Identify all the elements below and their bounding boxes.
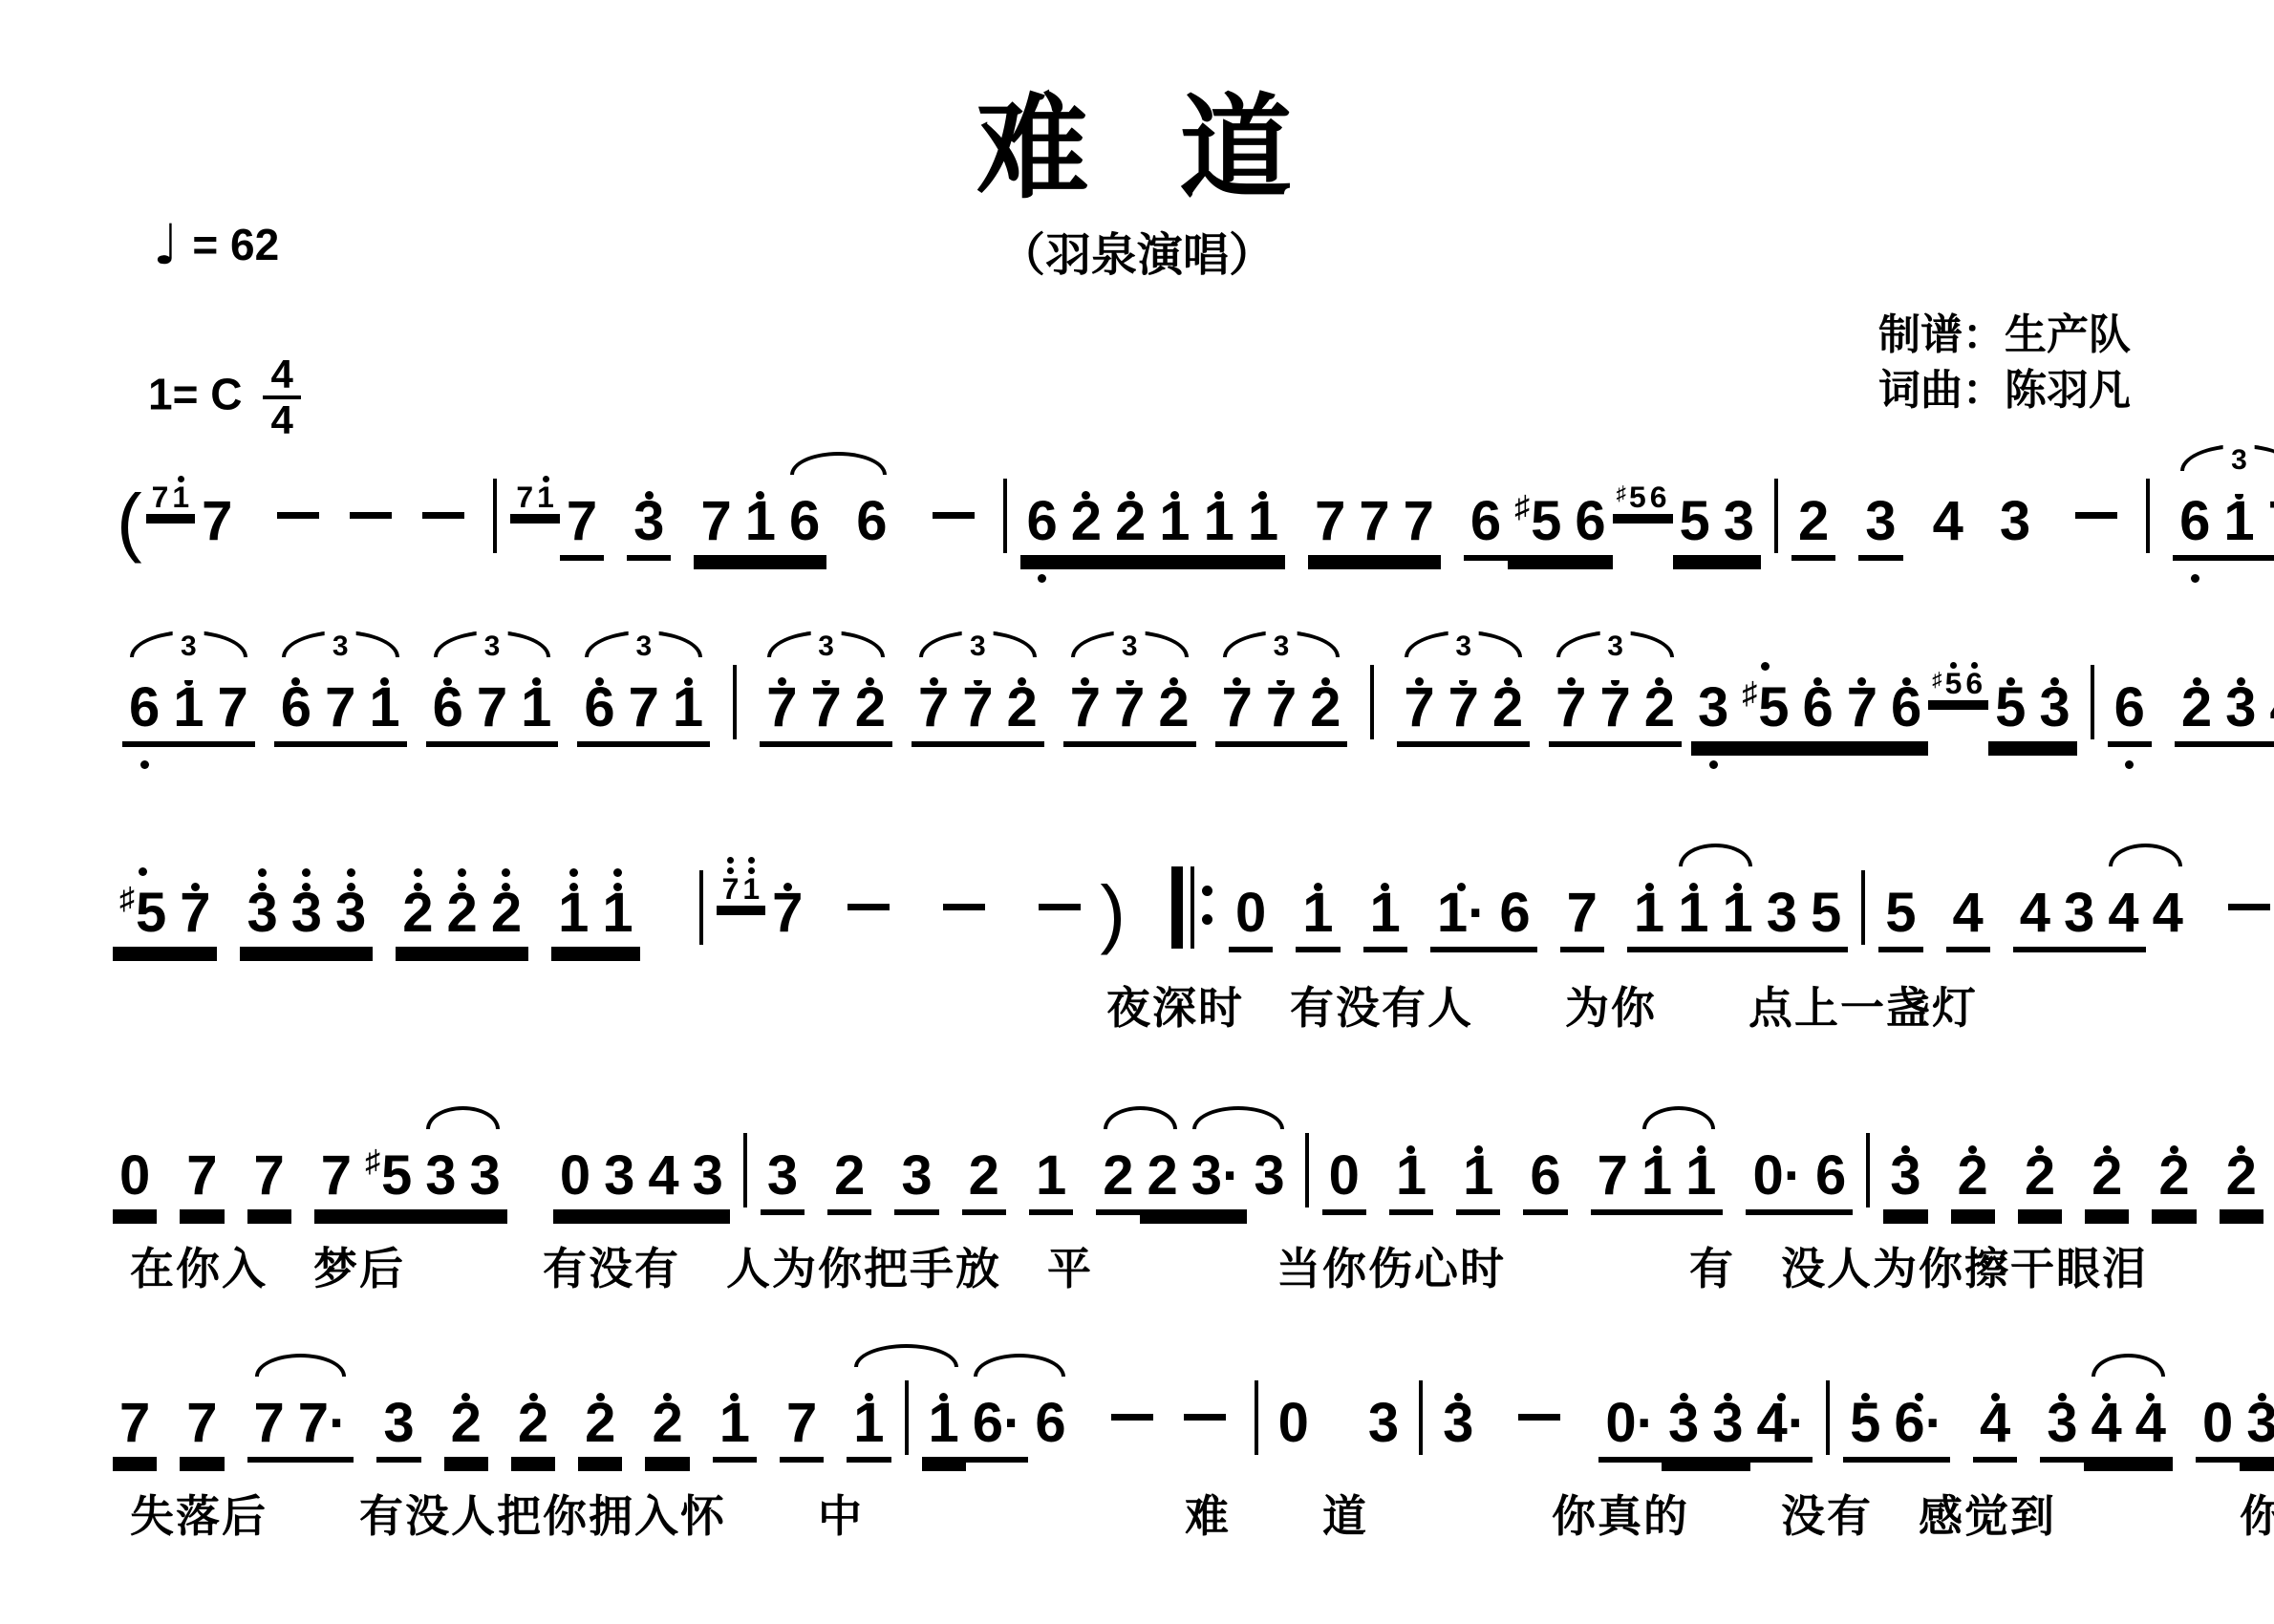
grace-note: 6 — [1963, 667, 1984, 700]
octave-dot — [302, 883, 311, 891]
notes-row: 3617367136713671377237723772377237723772… — [113, 659, 2236, 741]
rest-note: 0 — [553, 1143, 597, 1209]
grace-note: 7 — [720, 872, 741, 906]
octave-dots — [1887, 1393, 1950, 1401]
note-digit: 0 — [1235, 882, 1266, 944]
note: 7 — [1593, 674, 1637, 741]
octave-dot — [302, 868, 311, 877]
grace-notes: 71 — [717, 872, 766, 906]
note: 1· — [1430, 880, 1493, 947]
tuplet-number: 3 — [173, 613, 204, 680]
duration-dash — [943, 904, 985, 910]
repeat-thin-bar — [1191, 866, 1194, 949]
note: 3 — [2240, 1390, 2274, 1457]
octave-dots — [1627, 883, 1671, 891]
octave-dots — [1635, 1145, 1679, 1154]
octave-dots — [551, 868, 595, 891]
octave-dot — [569, 883, 578, 891]
note-digit: 2 — [834, 1144, 865, 1207]
repeat-dot — [1202, 886, 1212, 896]
note: 1 — [713, 1390, 757, 1457]
octave-dots — [1296, 883, 1340, 891]
octave-dots — [2240, 1393, 2274, 1401]
note: 2 — [1140, 1143, 1184, 1209]
tuplet-group: 3671 — [577, 674, 710, 741]
note: 2 — [1486, 674, 1530, 741]
grace-note: 1 — [170, 481, 191, 514]
octave-dot — [140, 760, 149, 769]
octave-dots — [1197, 491, 1241, 500]
note-digit: 7 — [202, 490, 232, 552]
note: 2 — [962, 1143, 1006, 1209]
tuplet-group: 3772 — [1549, 674, 1682, 741]
octave-dots — [173, 883, 217, 891]
note-digit: 6 — [1530, 1144, 1560, 1207]
note: 3 — [463, 1143, 507, 1209]
octave-dots — [1705, 1393, 1749, 1401]
note: 7 — [1549, 674, 1593, 741]
barline — [699, 870, 703, 945]
tuplet-group: 3772 — [760, 674, 892, 741]
note-digit: 3· — [1191, 1144, 1241, 1207]
note-digit: 7 — [629, 676, 659, 738]
octave-dots — [1973, 1393, 2017, 1401]
octave-dot — [2125, 760, 2134, 769]
note: 2 — [1108, 488, 1152, 555]
sharp-sign: ♯ — [1932, 669, 1941, 691]
octave-dot — [1724, 1393, 1732, 1401]
octave-dot — [502, 868, 510, 877]
octave-dots — [1397, 677, 1441, 686]
note-digit: 4 — [2153, 882, 2183, 944]
note: 3 — [285, 880, 329, 947]
octave-dots — [274, 677, 318, 686]
octave-dots — [511, 1393, 555, 1401]
octave-dot — [1777, 1393, 1786, 1401]
notes-row: (717717371666221117776♯56♯56532343361736… — [113, 473, 2236, 555]
octave-dot — [2006, 677, 2015, 686]
duration-dash — [1518, 1414, 1560, 1421]
barline — [2091, 665, 2094, 739]
note: 2 — [396, 880, 440, 947]
octave-dot — [458, 868, 466, 877]
note: 7 — [1442, 674, 1486, 741]
octave-dots — [1430, 883, 1493, 891]
octave-dot — [1214, 491, 1223, 500]
note-digit: 6 — [1815, 1144, 1846, 1207]
octave-dot — [2103, 1145, 2112, 1154]
note-digit: 6· — [973, 1392, 1022, 1454]
music-system-3: ♯5733322211717)0111·6711135544344夜深时 有没有… — [113, 865, 2236, 1036]
octave-dots — [362, 677, 406, 686]
note: 7 — [247, 1143, 291, 1209]
octave-dot — [930, 677, 938, 686]
note-digit: 6 — [1027, 490, 1058, 552]
note: 4 — [2084, 1390, 2128, 1457]
note: 7 — [1308, 488, 1352, 555]
note: 2 — [2175, 674, 2219, 741]
note: 6 — [1020, 488, 1064, 555]
note: 4 — [1926, 488, 1970, 555]
octave-dots — [2108, 760, 2152, 769]
octave-dot — [529, 1393, 538, 1401]
octave-dot — [748, 867, 755, 874]
barline — [1774, 479, 1778, 553]
duration-dash — [1111, 1414, 1153, 1421]
note: 6 — [1884, 674, 1928, 741]
note: 6 — [426, 674, 470, 741]
note: 2 — [484, 880, 528, 947]
octave-dots — [484, 868, 528, 891]
note-digit: 0 — [560, 1144, 590, 1207]
note: 6 — [1809, 1143, 1853, 1209]
slur-arc — [1642, 1106, 1716, 1129]
note-digit: 7 — [786, 1392, 817, 1454]
note-digit: 6 — [856, 490, 887, 552]
note: 2 — [2018, 1143, 2062, 1209]
tuplet-number: 3 — [628, 613, 659, 680]
note: 6 — [1464, 488, 1508, 555]
note: 1 — [166, 674, 210, 741]
note-digit: 6 — [2114, 676, 2145, 738]
octave-dot — [1457, 883, 1466, 891]
octave-dot — [783, 883, 792, 891]
note: 6 — [1028, 1390, 1072, 1457]
octave-dots — [912, 677, 955, 686]
rest-note: 0 — [1229, 880, 1273, 947]
octave-dot — [2237, 677, 2245, 686]
note: 5 — [1843, 1390, 1887, 1457]
octave-dot — [414, 883, 422, 891]
note-digit: 5 — [1758, 676, 1789, 738]
note-digit: 2 — [1103, 1144, 1133, 1207]
note-digit: 3 — [2000, 490, 2030, 552]
octave-dot — [1689, 883, 1698, 891]
slur-group: 11 — [1671, 880, 1760, 947]
note: 3 — [2040, 1390, 2084, 1457]
barline — [1003, 479, 1007, 553]
note: 7 — [760, 674, 804, 741]
note: 1 — [2217, 488, 2261, 555]
octave-dots — [1363, 883, 1407, 891]
octave-dots — [2175, 677, 2219, 686]
note: 6 — [1568, 488, 1612, 555]
octave-dots — [2219, 677, 2263, 686]
note: 3 — [1662, 1390, 1705, 1457]
octave-dots — [2152, 1145, 2196, 1154]
octave-dots — [1486, 677, 1530, 686]
tuplet-number: 3 — [325, 613, 356, 680]
octave-dots — [2173, 574, 2217, 583]
note-digit: 6 — [789, 490, 820, 552]
octave-dot — [2102, 1393, 2111, 1401]
tuplet-number: 3 — [477, 613, 508, 680]
octave-dot — [1567, 677, 1576, 686]
notes-row: 0777♯533034332321223·301167110·632222212… — [113, 1127, 2236, 1209]
note-digit: 7 — [119, 1392, 150, 1454]
note-digit: 7 — [218, 676, 248, 738]
lyrics-line: 失落后 有没人把你拥入怀 中 难 道 你真的 没有 感觉到 你对 — [113, 1482, 2236, 1545]
octave-dots — [514, 677, 558, 686]
rest-note: 0· — [1598, 1390, 1662, 1457]
octave-dot — [1950, 662, 1957, 669]
note-digit: 3 — [604, 1144, 634, 1207]
note: 2 — [511, 1390, 555, 1457]
note: 7 — [955, 674, 999, 741]
slur-arc — [974, 1354, 1065, 1377]
note-digit: 2 — [1147, 1144, 1177, 1207]
note: 3 — [2057, 880, 2101, 947]
note: 7 — [211, 674, 255, 741]
note-digit: 7 — [2268, 490, 2274, 552]
note-digit: 6 — [1575, 490, 1605, 552]
note: 5 — [1878, 880, 1922, 947]
slur-group: 66 — [783, 488, 894, 555]
note: 7 — [1397, 674, 1441, 741]
barline — [743, 1133, 747, 1207]
octave-dot — [2191, 574, 2199, 583]
sharp-sign: ♯ — [365, 1143, 380, 1178]
octave-dots — [1064, 491, 1108, 500]
sharp-sign: ♯ — [119, 881, 135, 915]
octave-dot — [1038, 574, 1046, 583]
octave-dots — [1241, 491, 1285, 500]
octave-dot — [1082, 491, 1090, 500]
lyrics-line: 在你入 梦后 有没有 人为你把手放 平 当你伤心时 有 没人为你擦干眼泪 在你 — [113, 1234, 2236, 1297]
octave-dots — [2085, 1145, 2129, 1154]
octave-dots — [1063, 677, 1107, 686]
note-digit: 7 — [1567, 882, 1598, 944]
octave-dot — [1258, 491, 1267, 500]
music-system-4: 0777♯533034332321223·301167110·632222212… — [113, 1127, 2236, 1297]
octave-dots — [1549, 677, 1593, 686]
note: 7 — [113, 1390, 157, 1457]
slur-arc — [1192, 1106, 1284, 1129]
octave-dot — [778, 677, 786, 686]
octave-dots — [444, 1393, 488, 1401]
note: 6· — [966, 1390, 1029, 1457]
octave-dots — [329, 868, 373, 891]
octave-dots — [1795, 677, 1839, 686]
octave-dot — [139, 867, 147, 876]
note: 3 — [1705, 1390, 1749, 1457]
tuplet-number: 3 — [2223, 427, 2255, 494]
octave-dots — [1750, 1393, 1813, 1401]
octave-dots — [720, 857, 741, 874]
note: 6 — [783, 488, 826, 555]
note: 4 — [641, 1143, 685, 1209]
octave-dots — [1691, 760, 1735, 769]
octave-dots — [1389, 1145, 1433, 1154]
octave-dot — [1415, 677, 1424, 686]
tuplet-group: 3772 — [1215, 674, 1348, 741]
octave-dots — [1951, 1145, 1995, 1154]
note: 1 — [847, 1390, 890, 1457]
octave-dot — [865, 1393, 873, 1401]
note: 7 — [560, 488, 604, 555]
octave-dot — [543, 476, 549, 482]
octave-dot — [1861, 1393, 1870, 1401]
octave-dot — [1170, 491, 1179, 500]
slur-group: 6·6 — [966, 1390, 1073, 1457]
note: 3 — [376, 1390, 420, 1457]
note: 2 — [848, 674, 892, 741]
note: 7 — [247, 1390, 291, 1457]
octave-dots — [2032, 677, 2076, 686]
note-digit: 5 — [136, 882, 166, 944]
octave-dots — [1735, 662, 1795, 671]
octave-dot — [1233, 677, 1241, 686]
notes-row: 7777·3222217116·60330·334·56·4344034 — [113, 1380, 2236, 1457]
note: 2 — [578, 1390, 622, 1457]
octave-dot — [2146, 1393, 2155, 1401]
duration-dash — [277, 512, 319, 519]
octave-dot — [1971, 662, 1978, 669]
grace-notes: ♯56 — [1928, 667, 1988, 700]
note: ♯5 — [1508, 473, 1568, 555]
octave-dot — [1381, 883, 1389, 891]
note: 1 — [1671, 880, 1715, 947]
note: 2 — [1064, 488, 1108, 555]
note: 4 — [2101, 880, 2145, 947]
barline — [1370, 665, 1374, 739]
grace-notes: 71 — [146, 481, 196, 514]
octave-dot — [727, 867, 734, 874]
barline — [1255, 1380, 1258, 1455]
note-digit: 3 — [901, 1144, 932, 1207]
octave-dot — [1645, 883, 1654, 891]
note-digit: 6 — [1035, 1392, 1065, 1454]
note: 3 — [1691, 674, 1735, 741]
note: 2 — [645, 1390, 689, 1457]
note: 7 — [694, 488, 738, 555]
note: 1 — [362, 674, 406, 741]
octave-dot — [380, 677, 389, 686]
slur-group: 22 — [1096, 1143, 1185, 1209]
octave-dots — [1215, 677, 1259, 686]
octave-dot — [1813, 677, 1822, 686]
sharp-sign: ♯ — [1514, 489, 1530, 524]
note-digit: 3 — [425, 1144, 456, 1207]
repeat-begin-barline — [1171, 866, 1215, 949]
slur-group: 11 — [847, 1380, 966, 1457]
note: 7 — [622, 674, 666, 741]
octave-dot — [595, 677, 604, 686]
octave-dots — [1108, 491, 1152, 500]
note-digit: 6 — [1470, 490, 1501, 552]
note: 7 — [1063, 674, 1107, 741]
note: 1 — [739, 488, 783, 555]
octave-dot — [596, 1393, 605, 1401]
octave-dot — [1733, 883, 1742, 891]
octave-dot — [2170, 1145, 2178, 1154]
octave-dots — [1671, 883, 1715, 891]
note: 5 — [1673, 488, 1717, 555]
octave-dot — [1126, 491, 1135, 500]
note: 1 — [922, 1390, 966, 1457]
octave-dot — [347, 868, 355, 877]
note: 6 — [2173, 488, 2217, 555]
note-digit: 7 — [254, 1392, 285, 1454]
note: 7 — [912, 674, 955, 741]
slur-group: 44 — [2101, 880, 2190, 947]
octave-dots — [922, 1393, 966, 1401]
note: 7 — [780, 1390, 824, 1457]
note-digit: 3 — [2064, 882, 2094, 944]
duration-dash — [933, 512, 975, 519]
note: 6 — [849, 488, 893, 555]
grace-note: 7 — [150, 481, 171, 514]
note-digit: 3 — [470, 1144, 501, 1207]
note-digit: 4 — [2108, 882, 2138, 944]
octave-dots — [1840, 677, 1884, 686]
note: 3 — [1717, 488, 1761, 555]
octave-dots — [1884, 677, 1928, 686]
tuplet-group: 3772 — [1063, 674, 1196, 741]
note-digit: 3 — [1865, 490, 1896, 552]
octave-dots — [666, 677, 710, 686]
note: 7 — [195, 488, 239, 555]
note-digit: 7· — [298, 1392, 348, 1454]
octave-dot — [1915, 1393, 1923, 1401]
note-digit: 5 — [1531, 490, 1561, 552]
slur-arc — [255, 1354, 347, 1377]
octave-dot — [645, 491, 654, 500]
grace-note: 5 — [1627, 481, 1648, 514]
octave-dots — [1988, 677, 2032, 686]
octave-dot — [1680, 1393, 1688, 1401]
octave-dots — [760, 677, 804, 686]
note-digit: 7 — [1598, 1144, 1628, 1207]
note: 7 — [1352, 488, 1396, 555]
tuplet-group: 3772 — [912, 674, 1044, 741]
slur-group: 44 — [2084, 1390, 2173, 1457]
note: 3 — [894, 1143, 938, 1209]
note-digit: 3 — [1368, 1392, 1399, 1454]
note: 1 — [1389, 1143, 1433, 1209]
note-digit: 3 — [383, 1392, 414, 1454]
note: 7 — [1397, 488, 1441, 555]
octave-dot — [1655, 677, 1663, 686]
octave-dots — [2084, 1393, 2128, 1401]
note: 3 — [686, 1143, 730, 1209]
note: 1 — [1627, 880, 1671, 947]
duration-dash — [1184, 1414, 1226, 1421]
rest-note: 0 — [113, 1143, 157, 1209]
octave-dots — [1883, 1145, 1927, 1154]
music-system-2: 3617367136713671377237723772377237723772… — [113, 659, 2236, 741]
note: 7 — [1107, 674, 1151, 741]
octave-dots — [578, 1393, 622, 1401]
slur-group: 3·3 — [1185, 1143, 1292, 1209]
octave-dot — [1018, 677, 1026, 686]
octave-dot — [178, 476, 184, 482]
note: 4 — [2146, 880, 2190, 947]
octave-dot — [1081, 677, 1089, 686]
note-digit: 5 — [1885, 882, 1916, 944]
note: 2 — [827, 1143, 871, 1209]
note-digit: 0 — [2202, 1392, 2233, 1454]
octave-dot — [1504, 677, 1512, 686]
note: 1 — [1679, 1143, 1723, 1209]
octave-dot — [414, 868, 422, 877]
slur-arc — [426, 1106, 500, 1129]
note: 1 — [1152, 488, 1196, 555]
note-digit: 0 — [1329, 1144, 1360, 1207]
octave-dots — [285, 868, 329, 891]
note: 3 — [1883, 1143, 1927, 1209]
note: 7 — [2262, 488, 2274, 555]
